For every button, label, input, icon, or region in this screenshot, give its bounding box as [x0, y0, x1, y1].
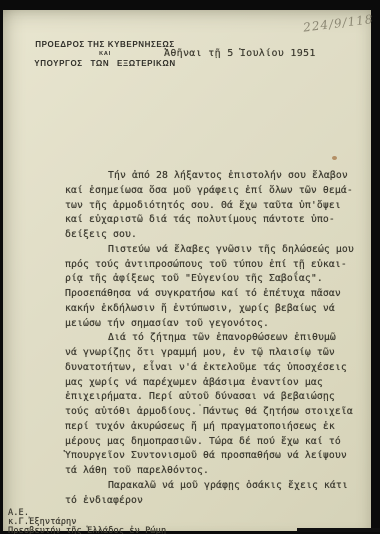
handwritten-archive-number: 224/9/118 [302, 11, 379, 34]
letter-body: Τήν ἀπό 28 λήξαντος ἐπιστολήν σου ἔλαβον… [65, 169, 357, 508]
body-line: περί τυχόν ἀκυρώσεως ἤ μή πραγματοποιήσε… [65, 420, 357, 435]
paper-sheet: ΠΡΟΕΔΡΟΣ ΤΗΣ ΚΥΒΕΡΝΗΣΕΩΣ ΚΑΙ ΥΠΟΥΡΓΟΣ ΤΩ… [3, 10, 371, 531]
body-line: καί εὐχαριστῶ διά τάς πολυτίμους πάντοτε… [65, 213, 357, 228]
body-line: τό ἐνδιαφέρον [65, 494, 357, 509]
body-line: Ὑπουργεῖον Συντονισμοῦ θά προσπαθήσω νά … [65, 449, 357, 464]
body-line: καί ἐσημείωσα ὅσα μοῦ γράφεις ἐπί ὅλων τ… [65, 184, 357, 199]
body-line: μειώσω τήν σημασίαν τοῦ γεγονότος. [65, 317, 357, 332]
scanned-letter-page: ΠΡΟΕΔΡΟΣ ΤΗΣ ΚΥΒΕΡΝΗΣΕΩΣ ΚΑΙ ΥΠΟΥΡΓΟΣ ΤΩ… [0, 0, 380, 534]
body-line: μας χωρίς νά παρέχωμεν ἀβάσιμα ἐναντίον … [65, 376, 357, 391]
body-line: μέρους μας δημοπρασιῶν. Τώρα δέ πού ἔχω … [65, 435, 357, 450]
scan-edge-artifact [297, 528, 380, 532]
body-line: τά λάθη τοῦ παρελθόντος. [65, 464, 357, 479]
paper-stain [332, 156, 337, 160]
body-line: των τῆς ἁρμοδιότητός σου. Θά ἔχω ταῦτα ὑ… [65, 199, 357, 214]
recipient-block: Α.Ε. κ.Γ.Ἐξηντάρην Πρεσβευτήν τῆς Ἑλλάδο… [8, 509, 166, 534]
body-line: Τήν ἀπό 28 λήξαντος ἐπιστολήν σου ἔλαβον [65, 169, 357, 184]
body-line: Διά τό ζήτημα τῶν ἐπανορθώσεων ἐπιθυμῶ [65, 331, 357, 346]
body-line: κακήν ἐκδήλωσιν ἤ ἐντύπωσιν, χωρίς βεβαί… [65, 302, 357, 317]
body-line: δυνατοτήτων, εἶναι ν'ά ἐκτελοῦμε τάς ὑπο… [65, 361, 357, 376]
body-line: πρός τούς ἀντιπροσώπους τοῦ τύπου ἐπί τῇ… [65, 258, 357, 273]
body-line: Προσεπάθησα νά συγκρατήσω καί τό ἐπέτυχα… [65, 287, 357, 302]
body-line: Πιστεύω νά ἔλαβες γνῶσιν τῆς δηλώσεώς μο… [65, 243, 357, 258]
body-line: ἐπιχειρήματα. Περί αὐτοῦ δύνασαι νά βεβα… [65, 390, 357, 405]
body-line: τούς αὐτόθι ἁρμοδίους. Πάντως θά ζητήσω … [65, 405, 357, 420]
letterhead-title-line3: ΥΠΟΥΡΓΟΣ ΤΩΝ ΕΞΩΤΕΡΙΚΩΝ [19, 59, 191, 69]
body-line: Παρακαλῶ νά μοῦ γράφῃς ὁσάκις ἔχεις κάτι [65, 479, 357, 494]
dateline: Ἀθῆναι τῇ 5 Ἰουλίου 1951 [164, 48, 316, 59]
body-line: νά γνωρίζῃς ὅτι γραμμή μου, ἐν τῷ πλαισί… [65, 346, 357, 361]
body-line: ρίᾳ τῆς ἀφίξεως τοῦ "Εὐγενίου τῆς Σαβοΐα… [65, 272, 357, 287]
body-line: δείξεις σου. [65, 228, 357, 243]
recipient-title: Πρεσβευτήν τῆς Ἑλλάδος ἐν Ρώμῃ [8, 527, 166, 534]
